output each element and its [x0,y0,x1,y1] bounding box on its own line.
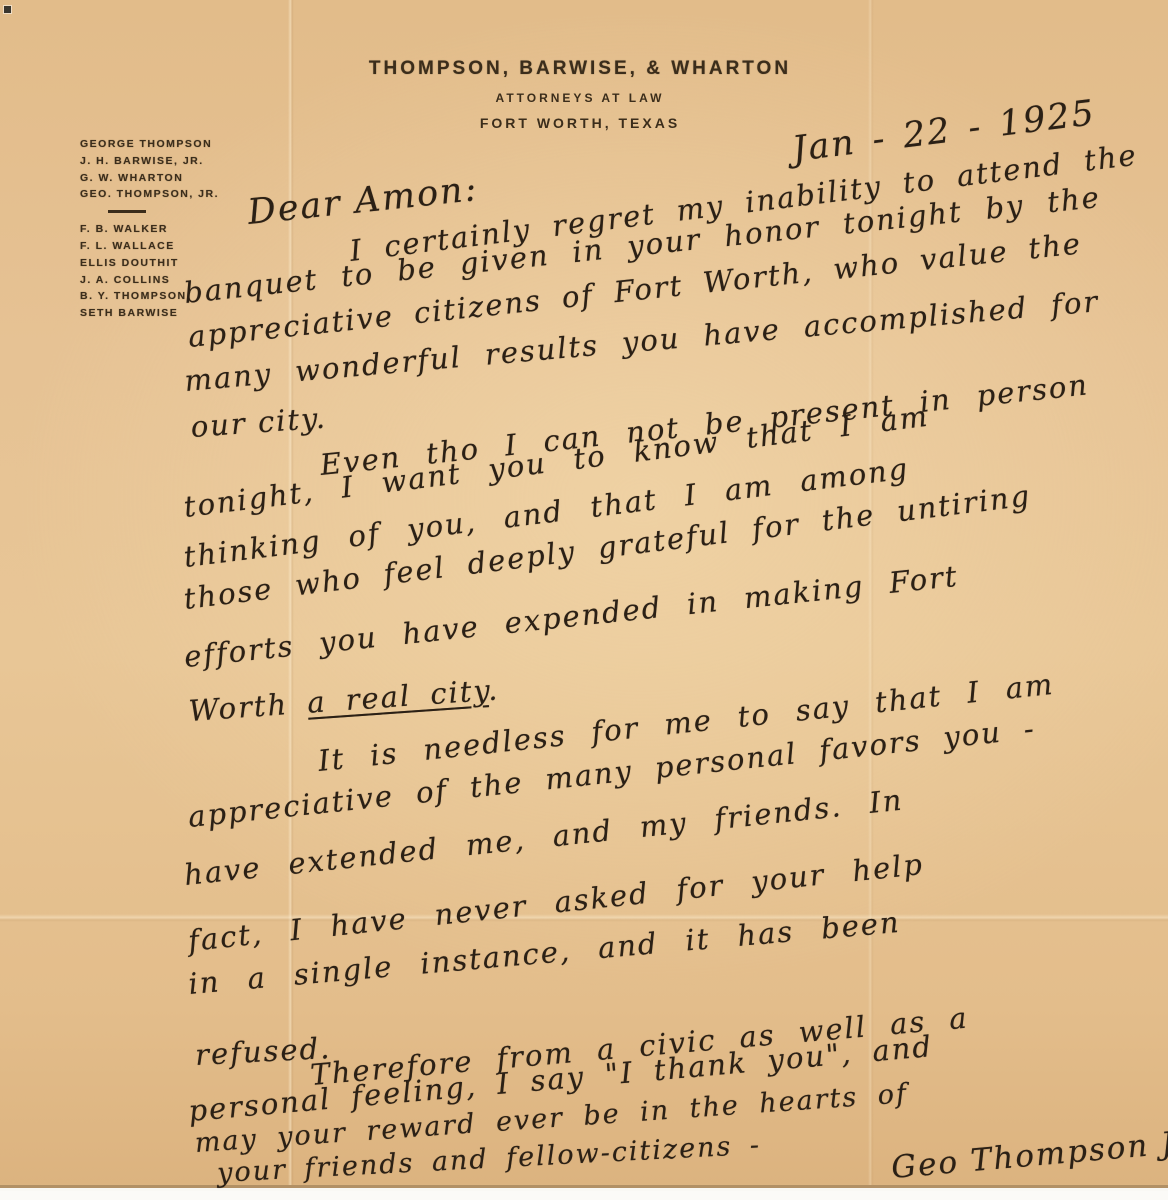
letterhead: THOMPSON, BARWISE, & WHARTON ATTORNEYS A… [300,58,860,131]
body-line-underlined: Worth a real city. [188,672,501,728]
city-line-post: . [487,672,501,707]
firm-profession: ATTORNEYS AT LAW [300,91,860,105]
partner-name: GEO. THOMPSON, JR. [80,186,219,203]
partner-name: J. H. BARWISE, JR. [80,153,219,170]
scan-artifact-mark [4,6,11,13]
names-divider [108,210,146,213]
associate-name: F. B. WALKER [80,221,219,238]
associate-name: ELLIS DOUTHIT [80,255,219,272]
partner-name: G. W. WHARTON [80,170,219,187]
signature: Geo Thompson Jr [890,1124,1168,1186]
body-line: our city. [190,401,328,444]
city-line-underlined: a real city [306,673,489,720]
partner-name: GEORGE THOMPSON [80,136,219,153]
firm-location: FORT WORTH, TEXAS [300,115,860,131]
firm-name: THOMPSON, BARWISE, & WHARTON [300,58,860,80]
associate-name: F. L. WALLACE [80,238,219,255]
scan-background-strip [0,1191,1168,1200]
letter-scan: THOMPSON, BARWISE, & WHARTON ATTORNEYS A… [0,0,1168,1188]
